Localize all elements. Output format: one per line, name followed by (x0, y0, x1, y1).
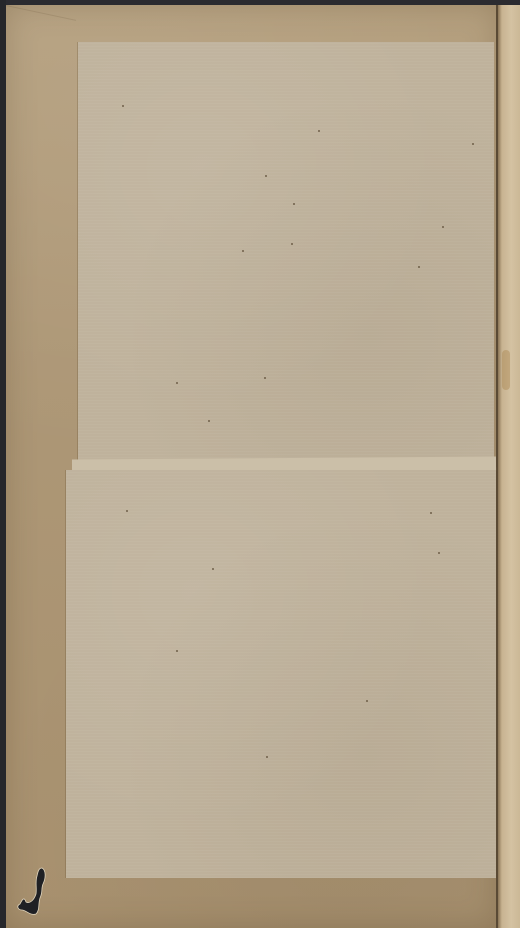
speck (208, 420, 210, 422)
speck (266, 756, 268, 758)
speck (418, 266, 420, 268)
speck (212, 568, 214, 570)
facing-page-edge (498, 5, 520, 928)
facing-page-stain (502, 350, 510, 390)
speck (293, 203, 295, 205)
speck (265, 175, 267, 177)
speck (176, 382, 178, 384)
speck (122, 105, 124, 107)
speck (438, 552, 440, 554)
speck (472, 143, 474, 145)
torn-corner-hole (16, 866, 50, 918)
speck (442, 226, 444, 228)
paper-sheet-upper (78, 42, 494, 464)
speck (430, 512, 432, 514)
speck (126, 510, 128, 512)
speck (318, 130, 320, 132)
speck (366, 700, 368, 702)
speck (242, 250, 244, 252)
speck (176, 650, 178, 652)
paper-sheet-lower (66, 470, 496, 878)
speck (291, 243, 293, 245)
speck (264, 377, 266, 379)
gutter-shadow (496, 5, 498, 928)
